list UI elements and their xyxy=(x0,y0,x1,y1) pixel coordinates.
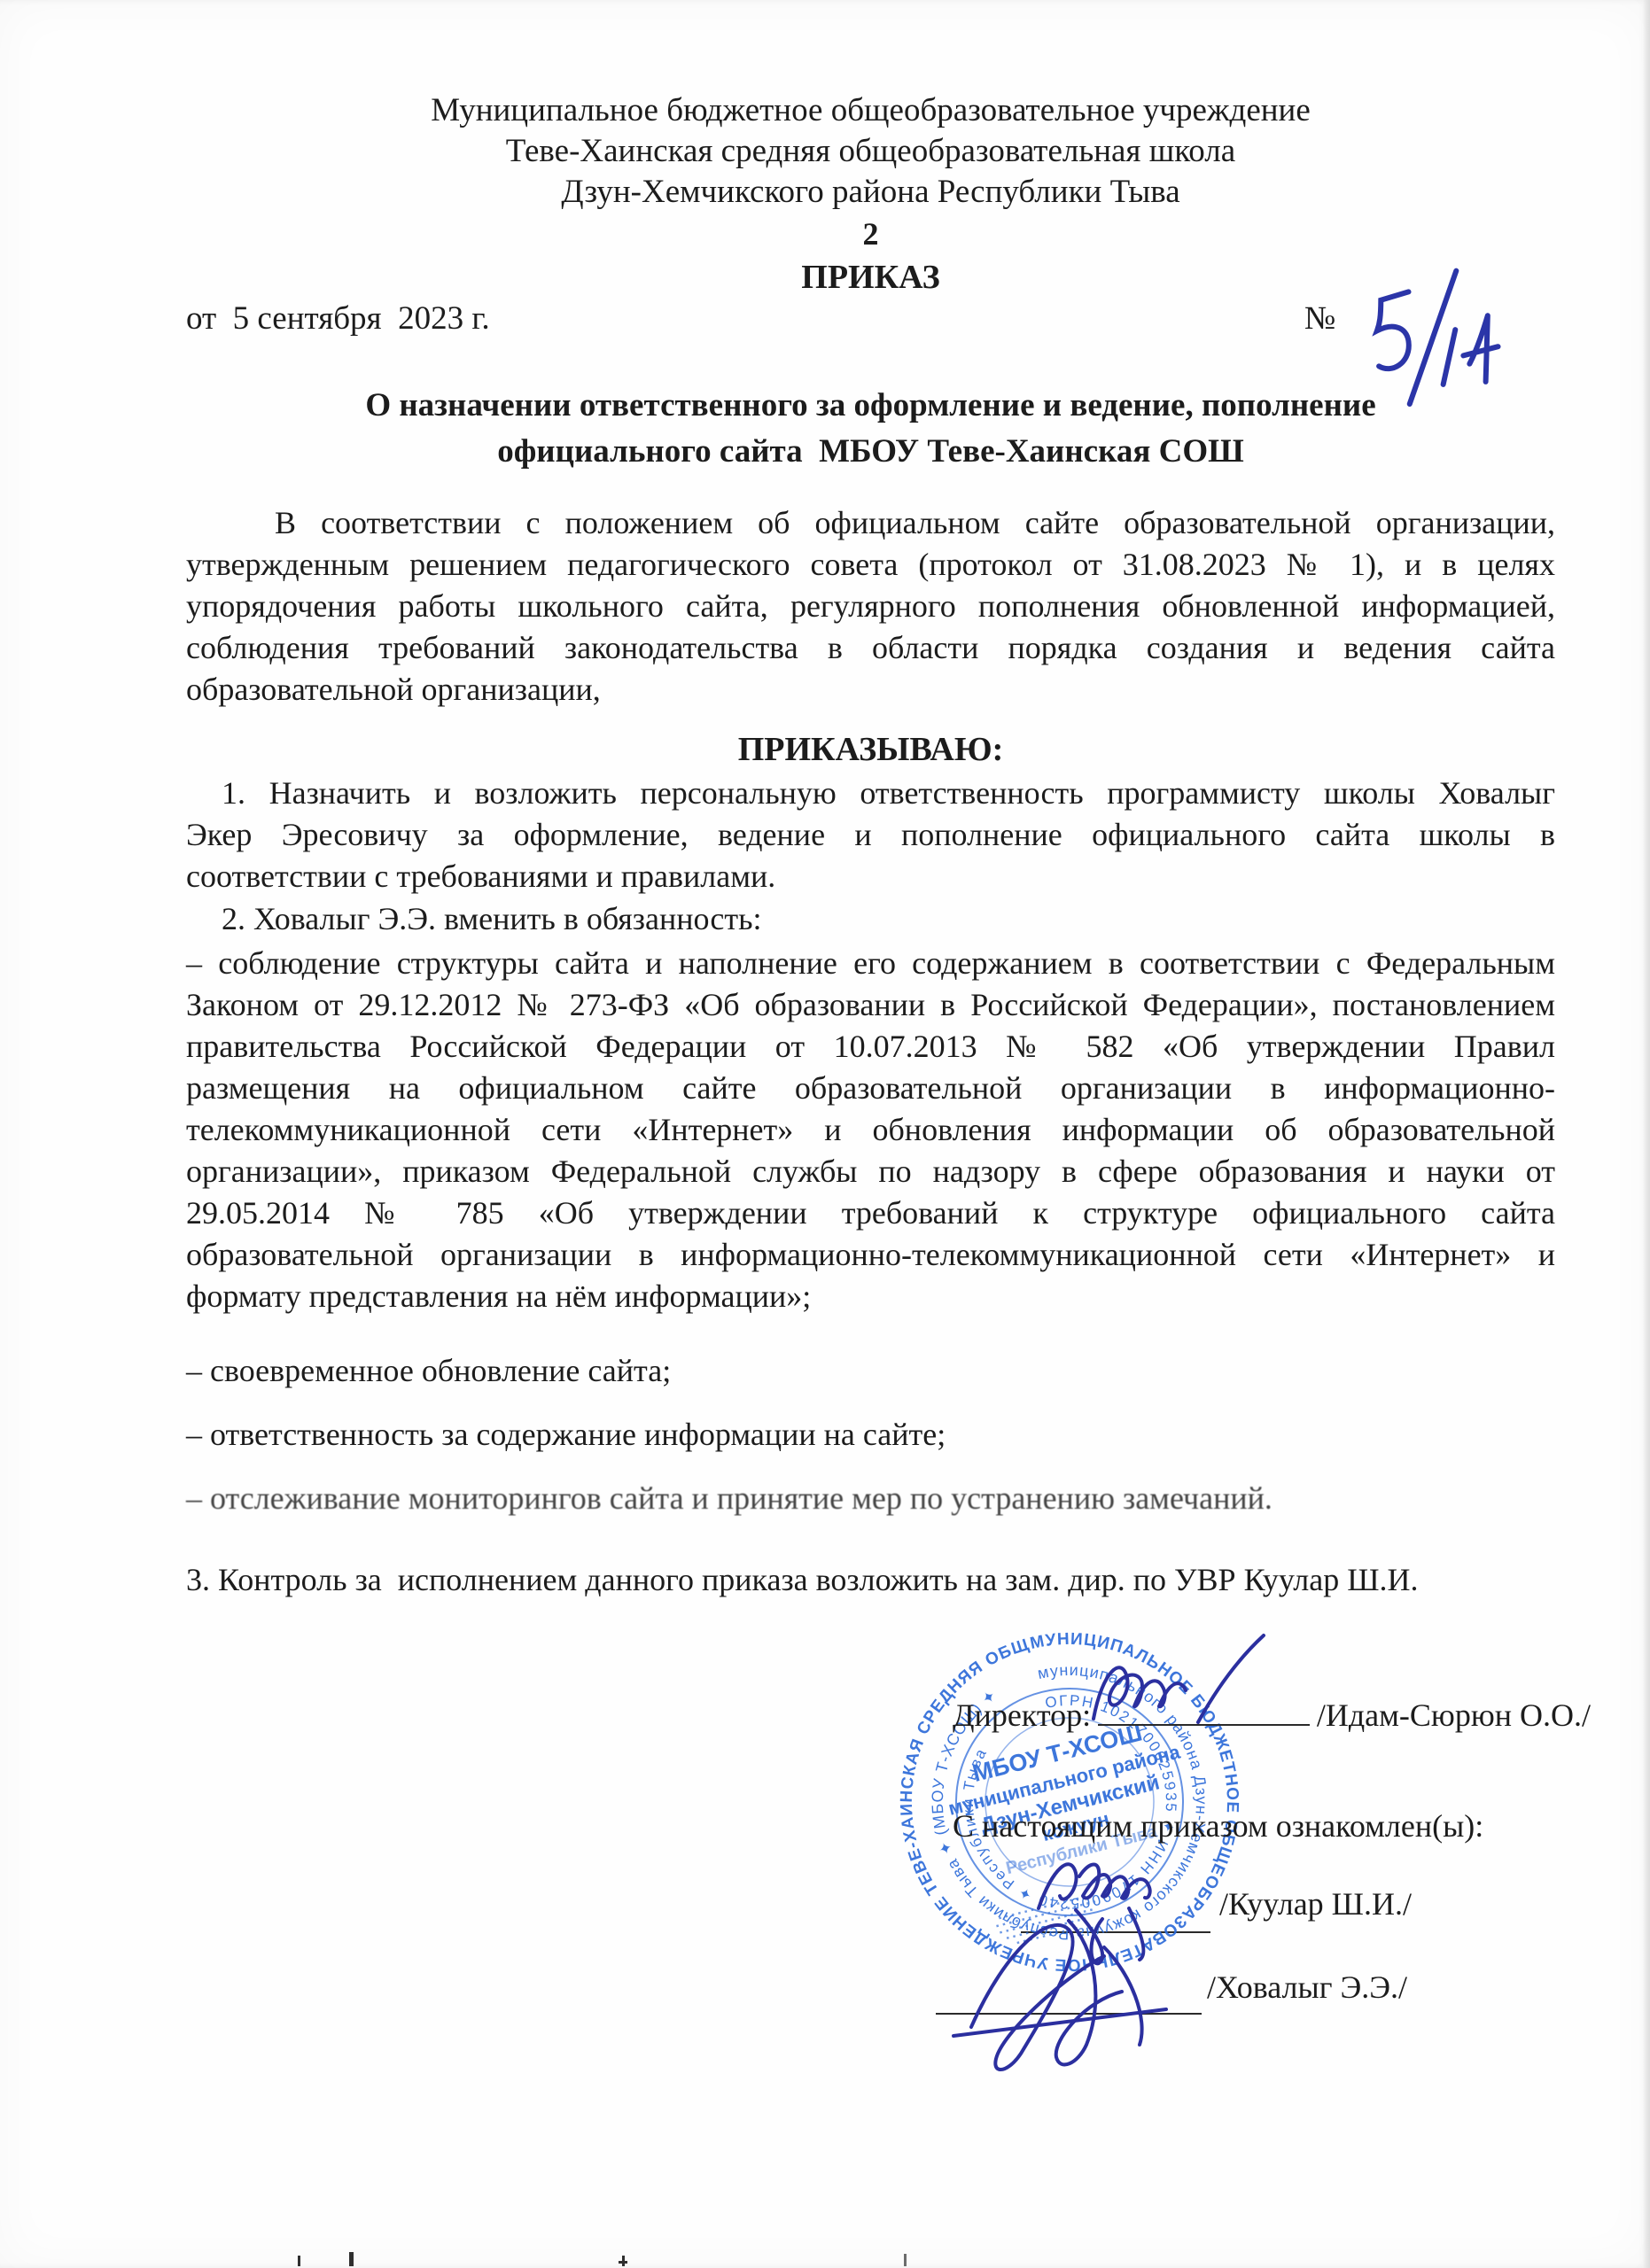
scan-artifact xyxy=(622,2256,625,2266)
scan-artifact xyxy=(349,2252,354,2266)
director-handwritten-signature xyxy=(1083,1630,1287,1745)
intro-paragraph: В соответствии с положением об официальн… xyxy=(186,502,1555,711)
item2-line: правительства Российской Федерации от 10… xyxy=(186,1026,1555,1068)
order-title-line1: О назначении ответственного за оформлени… xyxy=(186,383,1555,429)
item2-line: формату представления на нём информации»… xyxy=(186,1276,1555,1317)
duty-item-updates: – своевременное обновление сайта; xyxy=(186,1350,1555,1392)
item2-line: – соблюдение структуры сайта и наполнени… xyxy=(186,943,1555,984)
item2-line: Законом от 29.12.2012 № 273-ФЗ «Об образ… xyxy=(186,984,1555,1026)
item1-line: 1. Назначить и возложить персональную от… xyxy=(186,773,1555,814)
order-item-2-paragraph: – соблюдение структуры сайта и наполнени… xyxy=(186,943,1555,1317)
order-number-sign: № xyxy=(1304,299,1335,338)
order-verb-heading: ПРИКАЗЫВАЮ: xyxy=(186,730,1555,769)
intro-line: соблюдения требований законодательства в… xyxy=(186,627,1555,669)
item1-line: Экер Эресовичу за оформление, ведение и … xyxy=(186,814,1555,856)
duty-item-responsibility: – ответственность за содержание информац… xyxy=(186,1414,1555,1456)
scanned-order-document: Муниципальное бюджетное общеобразователь… xyxy=(0,0,1650,2268)
item2-line: образовательной организации в информацио… xyxy=(186,1234,1555,1276)
org-name-line2: Теве-Хаинская средняя общеобразовательна… xyxy=(186,131,1555,172)
org-name-line3: Дзун-Хемчикского района Республики Тыва xyxy=(186,172,1555,213)
order-item-1: 1. Назначить и возложить персональную от… xyxy=(186,773,1555,897)
intro-line: утвержденным решением педагогического со… xyxy=(186,544,1555,586)
order-title-line2: официального сайта МБОУ Теве-Хаинская СО… xyxy=(186,429,1555,475)
scan-artifact xyxy=(298,2256,300,2266)
order-item-2-intro: 2. Ховалыг Э.Э. вменить в обязанность: xyxy=(186,898,1555,940)
director-label: Директор: xyxy=(953,1697,1091,1734)
scan-artifact xyxy=(904,2254,907,2266)
item2-line: размещения на официальном сайте образова… xyxy=(186,1068,1555,1109)
hovalyg-handwritten-signature xyxy=(932,1892,1225,2087)
item2-line: телекоммуникационной сети «Интернет» и о… xyxy=(186,1109,1555,1151)
director-name: /Идам-Сюрюн О.О./ xyxy=(1317,1697,1591,1734)
pen-digit-4 xyxy=(1459,315,1502,384)
order-item-3: 3. Контроль за исполнением данного прика… xyxy=(186,1559,1555,1601)
intro-line: В соответствии с положением об официальн… xyxy=(186,502,1555,544)
org-name-line1: Муниципальное бюджетное общеобразователь… xyxy=(186,90,1555,131)
org-header: Муниципальное бюджетное общеобразователь… xyxy=(186,90,1555,213)
item2-line: 29.05.2014 № 785 «Об утверждении требова… xyxy=(186,1192,1555,1234)
handwritten-order-number: 5/14 xyxy=(1351,266,1537,416)
duty-item-monitoring: – отслеживание мониторингов сайта и прин… xyxy=(186,1478,1555,1519)
item2-line: организации», приказом Федеральной служб… xyxy=(186,1151,1555,1192)
pen-digit-1 xyxy=(1437,330,1460,384)
hovalyg-name: /Ховалыг Э.Э./ xyxy=(1207,1969,1407,2006)
intro-line: образовательной организации, xyxy=(186,669,1555,711)
pen-digit-5 xyxy=(1372,291,1417,369)
kuular-name: /Куулар Ш.И./ xyxy=(1219,1885,1412,1922)
scan-edge-shadow xyxy=(1643,0,1650,2268)
order-date: от 5 сентября 2023 г. xyxy=(186,299,490,338)
intro-line: упорядочения работы школьного сайта, рег… xyxy=(186,586,1555,627)
order-title: О назначении ответственного за оформлени… xyxy=(186,383,1555,475)
page-number: 2 xyxy=(186,215,1555,252)
item1-line: соответствии с требованиями и правилами. xyxy=(186,856,1555,897)
doc-type-heading: ПРИКАЗ xyxy=(186,258,1555,297)
